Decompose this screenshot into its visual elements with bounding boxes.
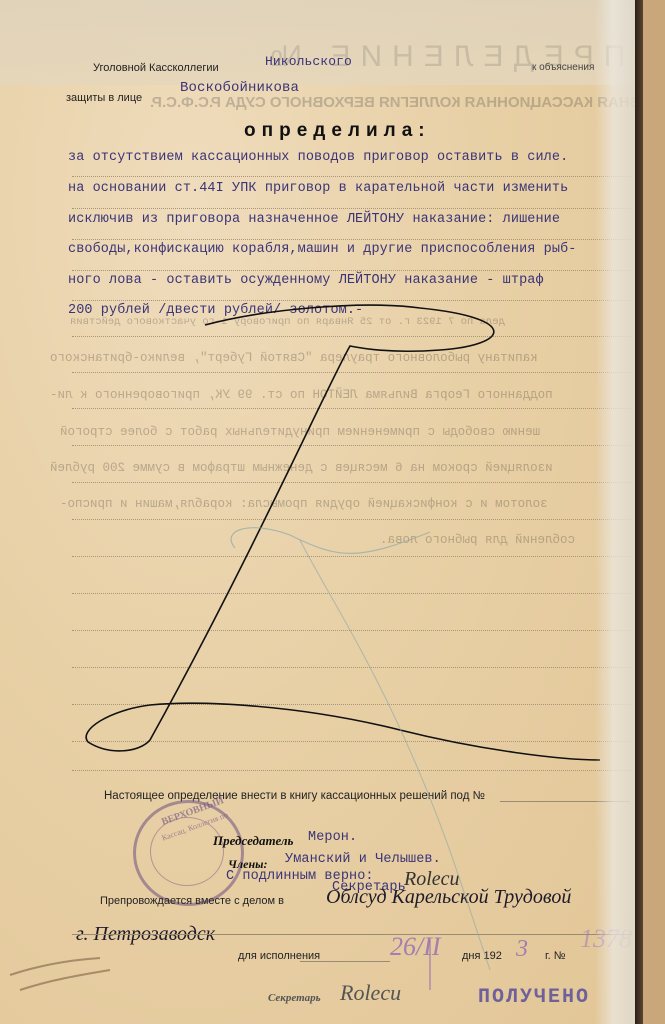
defense-label: защиты в лице bbox=[66, 92, 142, 104]
secretary-signature-bottom: Rolecu bbox=[340, 980, 401, 1006]
register-line: Настоящее определение внести в книгу кас… bbox=[104, 790, 485, 802]
chairman-name: Мерон. bbox=[308, 830, 357, 845]
day-label: дня 192 bbox=[462, 950, 502, 962]
decision-heading: определила: bbox=[244, 120, 431, 142]
secretary-label: Секретарь bbox=[268, 992, 321, 1004]
year-suffix: г. № bbox=[545, 950, 566, 962]
received-stamp: ПОЛУЧЕНО bbox=[478, 986, 590, 1009]
chairman-label: Председатель bbox=[213, 833, 294, 849]
binding-spine bbox=[635, 0, 643, 1024]
members-names: Уманский и Челышев. bbox=[285, 852, 441, 867]
date-handwritten: 26/II bbox=[390, 932, 441, 962]
folded-margin bbox=[595, 0, 640, 1024]
defender-name: Воскобойникова bbox=[180, 80, 299, 96]
court-name: Никольского bbox=[265, 54, 352, 69]
explanation-label: к объяснения bbox=[532, 62, 594, 73]
folder-cover-edge bbox=[643, 0, 665, 1024]
collegium-label: Уголовной Касcколлегии bbox=[93, 62, 219, 74]
forwarded-label: Препровождается вместе с делом в bbox=[100, 895, 284, 907]
ghost-subtitle: УГОЛОВНАЯ КАССАЦИОННАЯ КОЛЛЕГИЯ ВЕРХОВНО… bbox=[150, 94, 665, 111]
forwarded-to: Облсуд Карельской Трудовой bbox=[326, 886, 571, 909]
year-handwritten: 3 bbox=[516, 936, 528, 963]
